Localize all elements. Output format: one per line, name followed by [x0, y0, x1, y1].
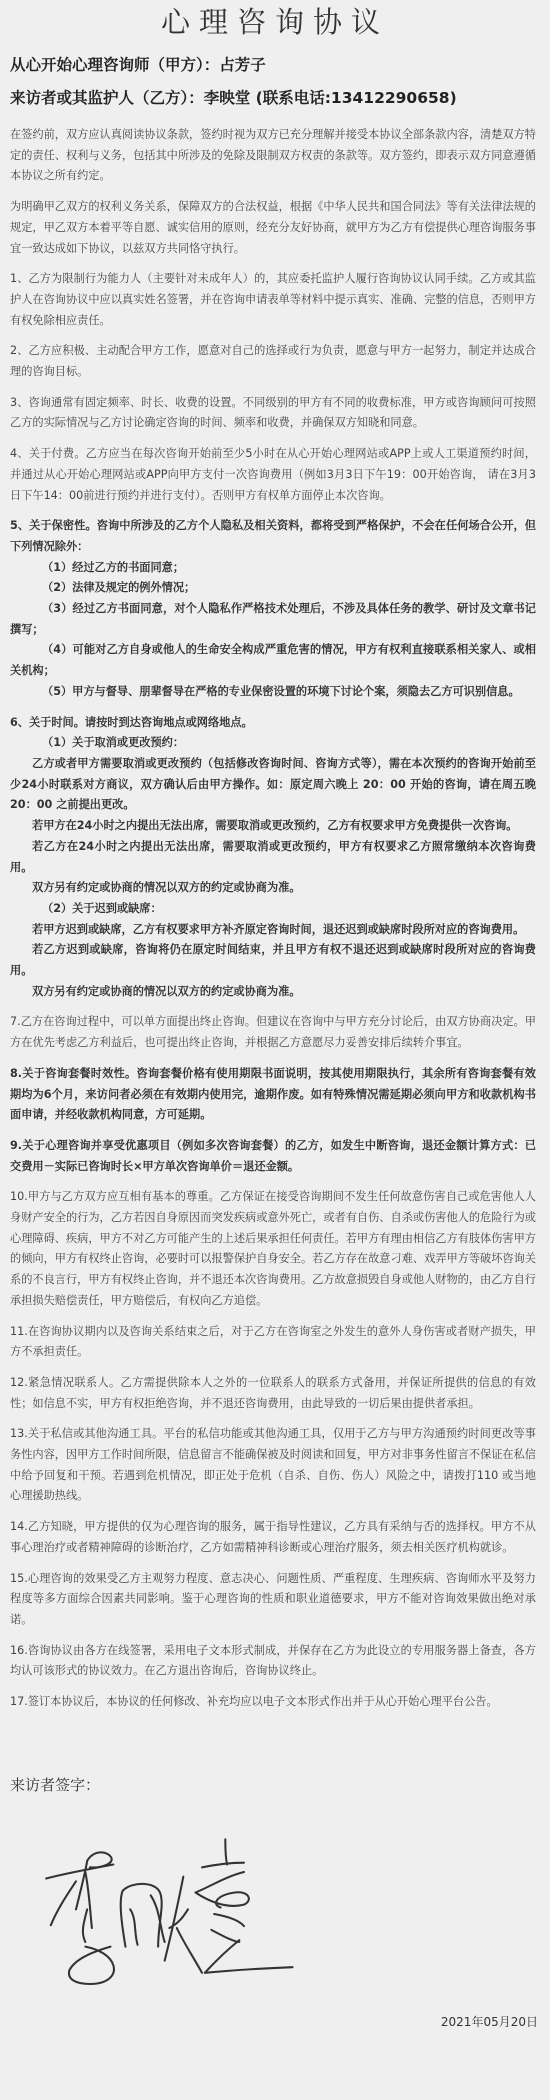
page-title: 心理咨询协议 [0, 0, 550, 41]
clause-5-item: （4）可能对乙方自身或他人的生命安全构成严重危害的情况，甲方有权利直接联系相关家… [10, 640, 536, 681]
clause-10: 10.甲方与乙方双方应互相有基本的尊重。乙方保证在接受咨询期间不发生任何故意伤害… [10, 1187, 536, 1311]
agreement-page: 心理咨询协议 从心开始心理咨询师（甲方）：占芳子 来访者或其监护人（乙方）：李映… [0, 0, 550, 2100]
clause-5-intro: 5、关于保密性。咨询中所涉及的乙方个人隐私及相关资料，都将受到严格保护，不会在任… [10, 516, 536, 557]
handwritten-signature [20, 1800, 300, 2000]
clause-6-sub2-title: （2）关于迟到或缺席： [10, 899, 536, 920]
clause-11: 11.在咨询协议期内以及咨询关系结束之后，对于乙方在咨询室之外发生的意外人身伤害… [10, 1322, 536, 1363]
clause-6-intro: 6、关于时间。请按时到达咨询地点或网络地点。 [10, 713, 536, 734]
clause-15: 15.心理咨询的效果受乙方主观努力程度、意志决心、问题性质、严重程度、生理疾病、… [10, 1569, 536, 1631]
clause-13: 13.关于私信或其他沟通工具。平台的私信功能或其他沟通工具，仅用于乙方与甲方沟通… [10, 1424, 536, 1507]
clause-6-sub1-paragraph: 乙方或者甲方需要取消或更改预约（包括修改咨询时间、咨询方式等），需在本次预约的咨… [10, 754, 536, 816]
intro-paragraph-2: 为明确甲乙双方的权利义务关系，保障双方的合法权益，根据《中华人民共和国合同法》等… [10, 197, 536, 259]
clause-5-item: （2）法律及规定的例外情况； [10, 578, 536, 599]
clause-6-sub1-title: （1）关于取消或更改预约： [10, 733, 536, 754]
clause-5-item: （3）经过乙方书面同意，对个人隐私作严格技术处理后，不涉及具体任务的教学、研讨及… [10, 599, 536, 640]
clause-6-sub2-paragraph: 若乙方迟到或缺席，咨询将仍在原定时间结束，并且甲方有权不退还迟到或缺席时段所对应… [10, 940, 536, 981]
clause-5-item: （5）甲方与督导、朋辈督导在严格的专业保密设置的环境下讨论个案，须隐去乙方可识别… [10, 682, 536, 703]
signature-date: 2021年05月20日 [441, 2013, 538, 2030]
party-b-line: 来访者或其监护人（乙方）：李映堂 (联系电话:13412290658) [10, 88, 550, 108]
intro-paragraph-1: 在签约前，双方应认真阅读协议条款，签约时视为双方已充分理解并接受本协议全部条款内… [10, 125, 536, 187]
clause-4: 4、关于付费。乙方应当在每次咨询开始前至少5小时在从心开始心理网站或APP上或人… [10, 444, 536, 506]
clause-7: 7.乙方在咨询过程中，可以单方面提出终止咨询。但建议在咨询中与甲方充分讨论后，由… [10, 1012, 536, 1053]
clause-6-sub1-paragraph: 若乙方在24小时之内提出无法出席，需要取消或更改预约，甲方有权要求乙方照常缴纳本… [10, 837, 536, 878]
party-a-line: 从心开始心理咨询师（甲方）：占芳子 [10, 55, 550, 75]
clause-6-sub1-paragraph: 双方另有约定或协商的情况以双方的约定或协商为准。 [10, 878, 536, 899]
clause-1: 1、乙方为限制行为能力人（主要针对未成年人）的，其应委托监护人履行咨询协议认同手… [10, 269, 536, 331]
clause-6-sub2-paragraph: 双方另有约定或协商的情况以双方的约定或协商为准。 [10, 982, 536, 1003]
clause-14: 14.乙方知晓，甲方提供的仅为心理咨询的服务，属于指导性建议，乙方具有采纳与否的… [10, 1517, 536, 1558]
clause-3: 3、咨询通常有固定频率、时长、收费的设置。不同级别的甲方有不同的收费标准，甲方或… [10, 393, 536, 434]
clause-2: 2、乙方应积极、主动配合甲方工作，愿意对自己的选择或行为负责，愿意与甲方一起努力… [10, 341, 536, 382]
clause-8: 8.关于咨询套餐时效性。咨询套餐价格有使用期限书面说明，按其使用期限执行，其余所… [10, 1064, 536, 1126]
clause-12: 12.紧急情况联系人。乙方需提供除本人之外的一位联系人的联系方式备用，并保证所提… [10, 1373, 536, 1414]
agreement-body: 在签约前，双方应认真阅读协议条款，签约时视为双方已充分理解并接受本协议全部条款内… [10, 125, 536, 1713]
clause-6-sub1-paragraph: 若甲方在24小时之内提出无法出席，需要取消或更改预约，乙方有权要求甲方免费提供一… [10, 816, 536, 837]
clause-17: 17.签订本协议后，本协议的任何修改、补充均应以电子文本形式作出并于从心开始心理… [10, 1692, 536, 1713]
clause-5-item: （1）经过乙方的书面同意； [10, 558, 536, 579]
clause-6-sub2-paragraph: 若甲方迟到或缺席，乙方有权要求甲方补齐原定咨询时间，退还迟到或缺席时段所对应的咨… [10, 920, 536, 941]
clause-9: 9.关于心理咨询并享受优惠项目（例如多次咨询套餐）的乙方，如发生中断咨询，退还金… [10, 1136, 536, 1177]
clause-16: 16.咨询协议由各方在线签署，采用电子文本形式制成，并保存在乙方为此设立的专用服… [10, 1641, 536, 1682]
signature-label: 来访者签字： [10, 1774, 100, 1795]
